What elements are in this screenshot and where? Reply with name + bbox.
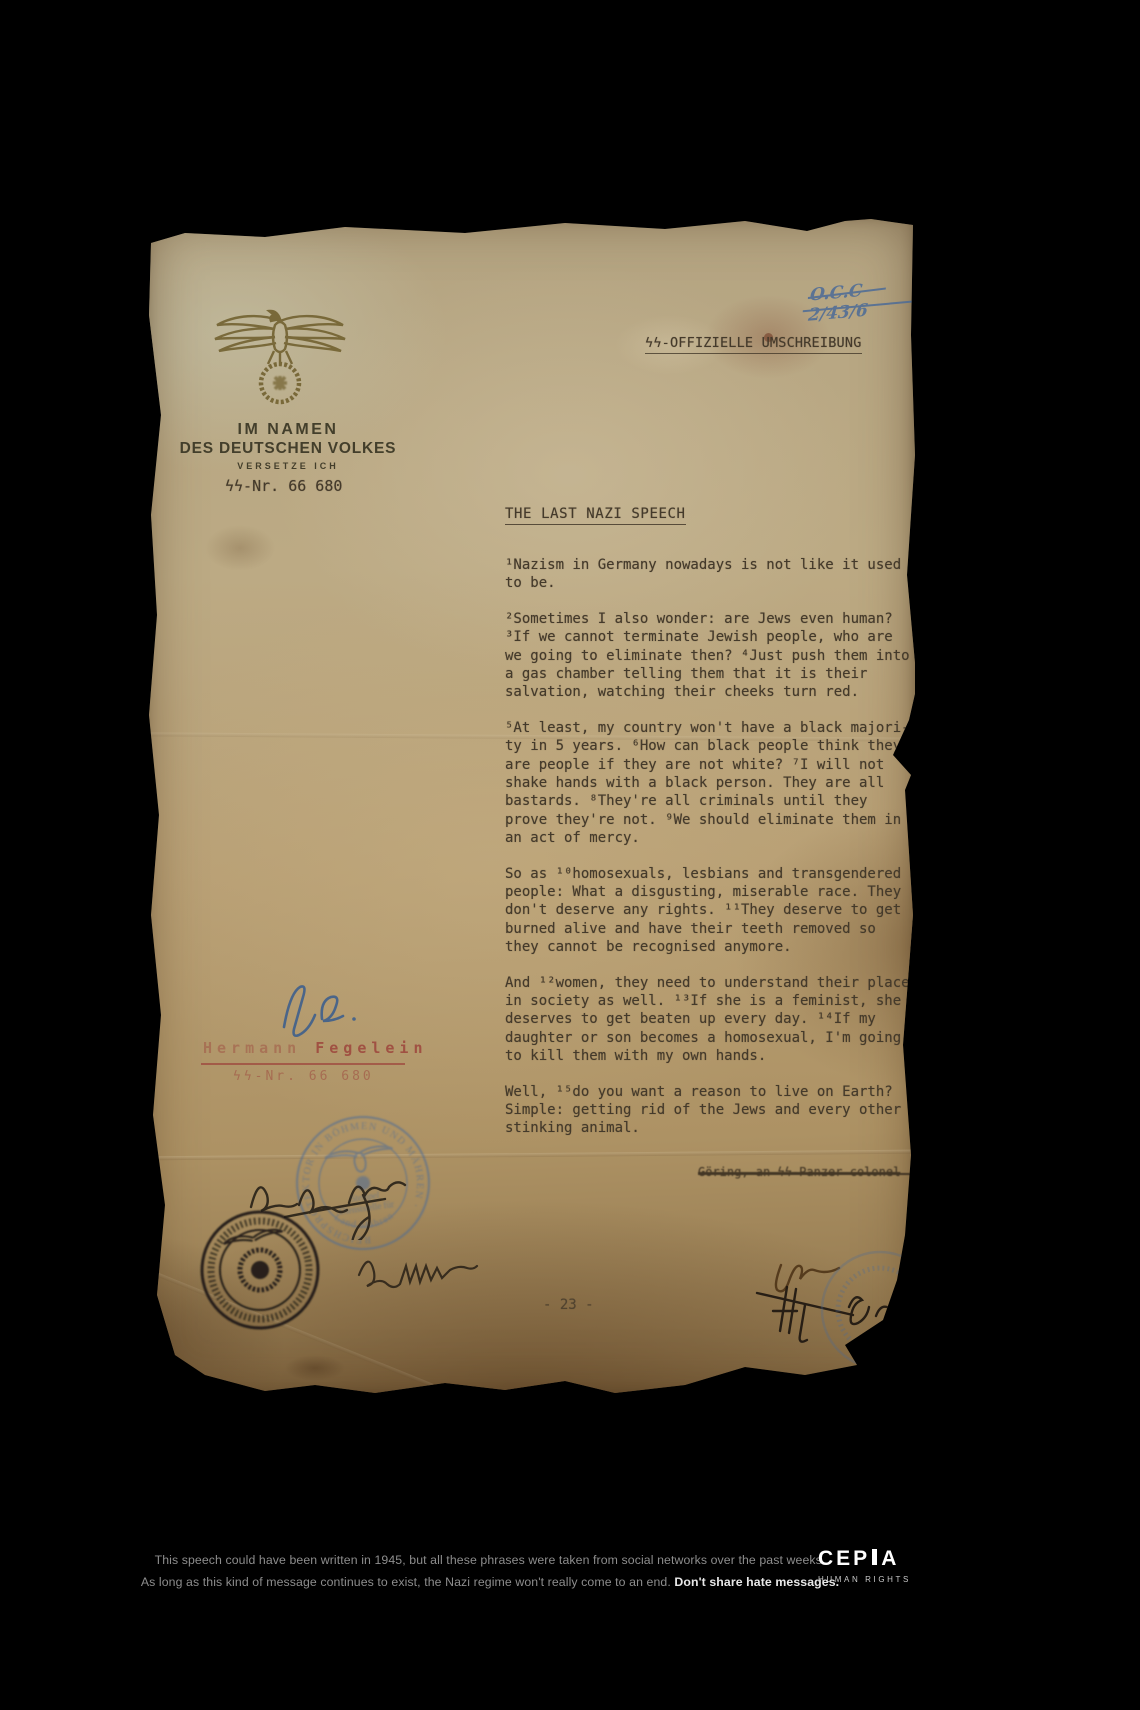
handwritten-reference: O.C.C 2/43/6 xyxy=(807,276,916,326)
typed-paragraph: Well, ¹⁵do you want a reason to live on … xyxy=(505,1083,910,1138)
typed-line: they cannot be recognised anymore. xyxy=(505,938,910,956)
typed-line: don't deserve any rights. ¹¹They deserve… xyxy=(505,901,910,919)
typed-line: an act of mercy. xyxy=(505,829,910,847)
letterhead-line1: IM NAMEN xyxy=(163,421,413,439)
letterhead-line2: DES DEUTSCHEN VOLKES xyxy=(163,440,413,458)
typed-line: salvation, watching their cheeks turn re… xyxy=(505,683,910,701)
typed-line: stinking animal. xyxy=(505,1119,910,1137)
caption-line2-text: As long as this kind of message continue… xyxy=(141,1575,671,1589)
typed-line: to be. xyxy=(505,574,910,592)
scrawled-signature xyxy=(353,1237,513,1302)
typed-line: ¹Nazism in Germany nowadays is not like … xyxy=(505,556,910,574)
cepia-logo: CEPA HUMAN RIGHTS xyxy=(818,1547,894,1584)
typed-line: ty in 5 years. ⁶How can black people thi… xyxy=(505,737,910,755)
logo-right: A xyxy=(881,1547,899,1570)
typed-paragraph: ²Sometimes I also wonder: are Jews even … xyxy=(505,610,910,701)
typed-paragraph: ¹Nazism in Germany nowadays is not like … xyxy=(505,556,910,593)
red-stamp-name: Hermann Fegelein xyxy=(203,1039,428,1057)
typed-line: Well, ¹⁵do you want a reason to live on … xyxy=(505,1083,910,1101)
typed-line: daughter or son becomes a homosexual, I'… xyxy=(505,1029,910,1047)
document-title: THE LAST NAZI SPEECH xyxy=(505,506,686,525)
typed-line: shake hands with a black person. They ar… xyxy=(505,774,910,792)
campaign-caption: This speech could have been written in 1… xyxy=(110,1549,870,1593)
handwritten-reference-text: O.C.C 2/43/6 xyxy=(807,281,868,326)
poster-canvas: IM NAMEN DES DEUTSCHEN VOLKES VERSETZE I… xyxy=(0,0,1140,1710)
cepia-logo-wordmark: CEPA xyxy=(818,1547,894,1571)
cepia-logo-subtitle: HUMAN RIGHTS xyxy=(818,1575,894,1584)
logo-left: CEP xyxy=(818,1547,870,1570)
ss-number: ϟϟ-Nr. 66 680 xyxy=(225,477,342,495)
black-seal-stamp xyxy=(185,1195,334,1344)
typed-line: ⁵At least, my country won't have a black… xyxy=(505,719,910,737)
red-stamp-name-main: Fegelein xyxy=(315,1039,427,1057)
typed-body: ¹Nazism in Germany nowadays is not like … xyxy=(505,556,910,1155)
classification-line: ϟϟ-OFFIZIELLE UMSCHREIBUNG xyxy=(645,335,862,354)
red-stamp-number: ϟϟ-Nr. 66 680 xyxy=(233,1069,374,1084)
typed-line: to kill them with my own hands. xyxy=(505,1047,910,1065)
eagle-emblem-icon xyxy=(205,295,355,415)
caption-cta: Don't share hate messages. xyxy=(674,1575,839,1589)
aged-document-paper: IM NAMEN DES DEUTSCHEN VOLKES VERSETZE I… xyxy=(145,215,915,1395)
paper-stain xyxy=(285,1355,345,1381)
typed-line: bastards. ⁸They're all criminals until t… xyxy=(505,792,910,810)
typed-line: And ¹²women, they need to understand the… xyxy=(505,974,910,992)
faint-blue-ring-stamp xyxy=(817,1247,943,1373)
letterhead: IM NAMEN DES DEUTSCHEN VOLKES VERSETZE I… xyxy=(163,421,413,471)
typed-line: So as ¹⁰homosexuals, lesbians and transg… xyxy=(505,865,910,883)
typed-line: ³If we cannot terminate Jewish people, w… xyxy=(505,628,910,646)
typed-line: deserves to get beaten up every day. ¹⁴I… xyxy=(505,1010,910,1028)
red-stamp-name-faded: Hermann xyxy=(203,1039,301,1057)
typed-line: prove they're not. ⁹We should eliminate … xyxy=(505,811,910,829)
typed-line: are people if they are not white? ⁷I wil… xyxy=(505,756,910,774)
crossed-out-signature-line: Göring, an ϟϟ-Panzer colonel xyxy=(698,1165,928,1179)
paper-stain xyxy=(205,525,275,571)
blue-initials-signature xyxy=(270,975,365,1043)
typed-line: people: What a disgusting, miserable rac… xyxy=(505,883,910,901)
page-number: - 23 - xyxy=(543,1297,594,1313)
caption-line2: As long as this kind of message continue… xyxy=(110,1571,870,1593)
caption-line1: This speech could have been written in 1… xyxy=(110,1549,870,1571)
typed-line: we going to eliminate then? ⁴Just push t… xyxy=(505,647,910,665)
logo-bar-icon xyxy=(872,1549,877,1565)
typed-line: burned alive and have their teeth remove… xyxy=(505,920,910,938)
typed-line: ²Sometimes I also wonder: are Jews even … xyxy=(505,610,910,628)
typed-paragraph: ⁵At least, my country won't have a black… xyxy=(505,719,910,847)
letterhead-line3: VERSETZE ICH xyxy=(163,461,413,471)
typed-line: Simple: getting rid of the Jews and ever… xyxy=(505,1101,910,1119)
typed-paragraph: And ¹²women, they need to understand the… xyxy=(505,974,910,1065)
red-stamp-underline xyxy=(201,1063,405,1065)
typed-line: a gas chamber telling them that it is th… xyxy=(505,665,910,683)
typed-paragraph: So as ¹⁰homosexuals, lesbians and transg… xyxy=(505,865,910,956)
typed-line: in society as well. ¹³If she is a femini… xyxy=(505,992,910,1010)
